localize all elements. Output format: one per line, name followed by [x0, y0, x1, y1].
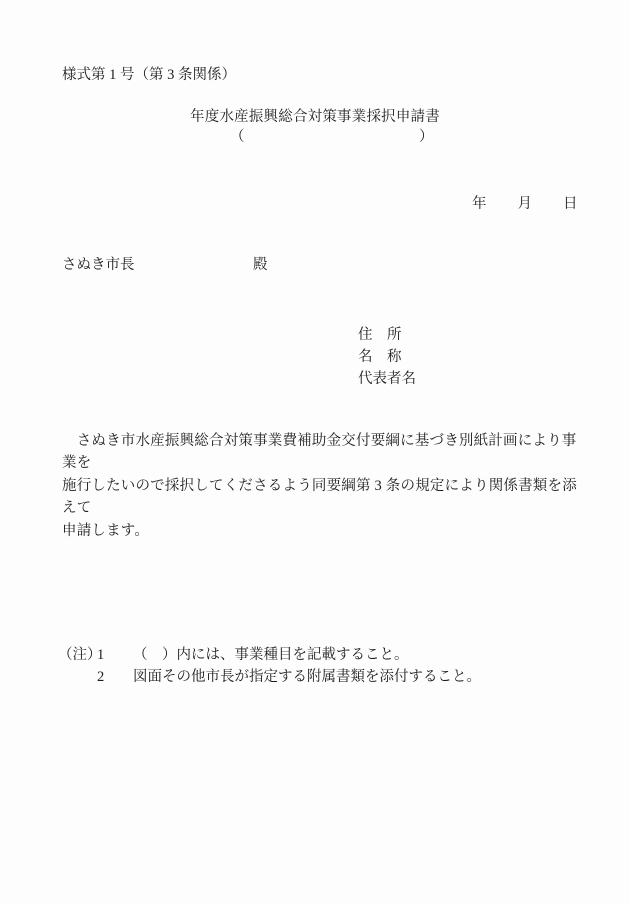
- form-number: 様式第 1 号（第 3 条関係）: [62, 66, 236, 84]
- project-type-blank-paren-close: ）: [419, 128, 434, 146]
- date-month-label: 月: [518, 195, 533, 213]
- recipient-line: さぬき市長 殿: [0, 256, 630, 276]
- recipient-name: さぬき市長: [62, 256, 135, 274]
- footnotes: （注） 1 （ ）内には、事業種目を記載すること。 2 図面その他市長が指定する…: [58, 644, 481, 689]
- footnote-2-number: 2: [97, 666, 133, 688]
- applicant-representative-label: 代表者名: [358, 368, 416, 390]
- date-day-label: 日: [563, 195, 578, 213]
- footnote-label: （注）: [58, 644, 97, 666]
- applicant-address-label: 住 所: [358, 324, 416, 346]
- project-type-blank-paren-open: （: [230, 128, 245, 146]
- applicant-name-label: 名 称: [358, 346, 416, 368]
- application-form-document: 様式第 1 号（第 3 条関係） 年度水産振興総合対策事業採択申請書 （ ） 年…: [0, 0, 630, 903]
- footnote-2-text: 図面その他市長が指定する附属書類を添付すること。: [133, 666, 481, 688]
- footnote-1-text: （ ）内には、事業種目を記載すること。: [133, 644, 481, 666]
- date-line: 年 月 日: [472, 195, 578, 213]
- recipient-honorific: 殿: [253, 256, 268, 274]
- document-title: 年度水産振興総合対策事業採択申請書: [0, 108, 630, 126]
- applicant-fields: 住 所 名 称 代表者名: [358, 324, 416, 390]
- footnote-row: （注） 1 （ ）内には、事業種目を記載すること。: [58, 644, 481, 666]
- application-body-text: さぬき市水産振興総合対策事業費補助金交付要綱に基づき別紙計画により事業を 施行し…: [62, 430, 578, 542]
- footnote-1-number: 1: [97, 644, 133, 666]
- footnote-row: 2 図面その他市長が指定する附属書類を添付すること。: [58, 666, 481, 688]
- date-year-label: 年: [472, 195, 487, 213]
- footnote-label-spacer: [58, 666, 97, 688]
